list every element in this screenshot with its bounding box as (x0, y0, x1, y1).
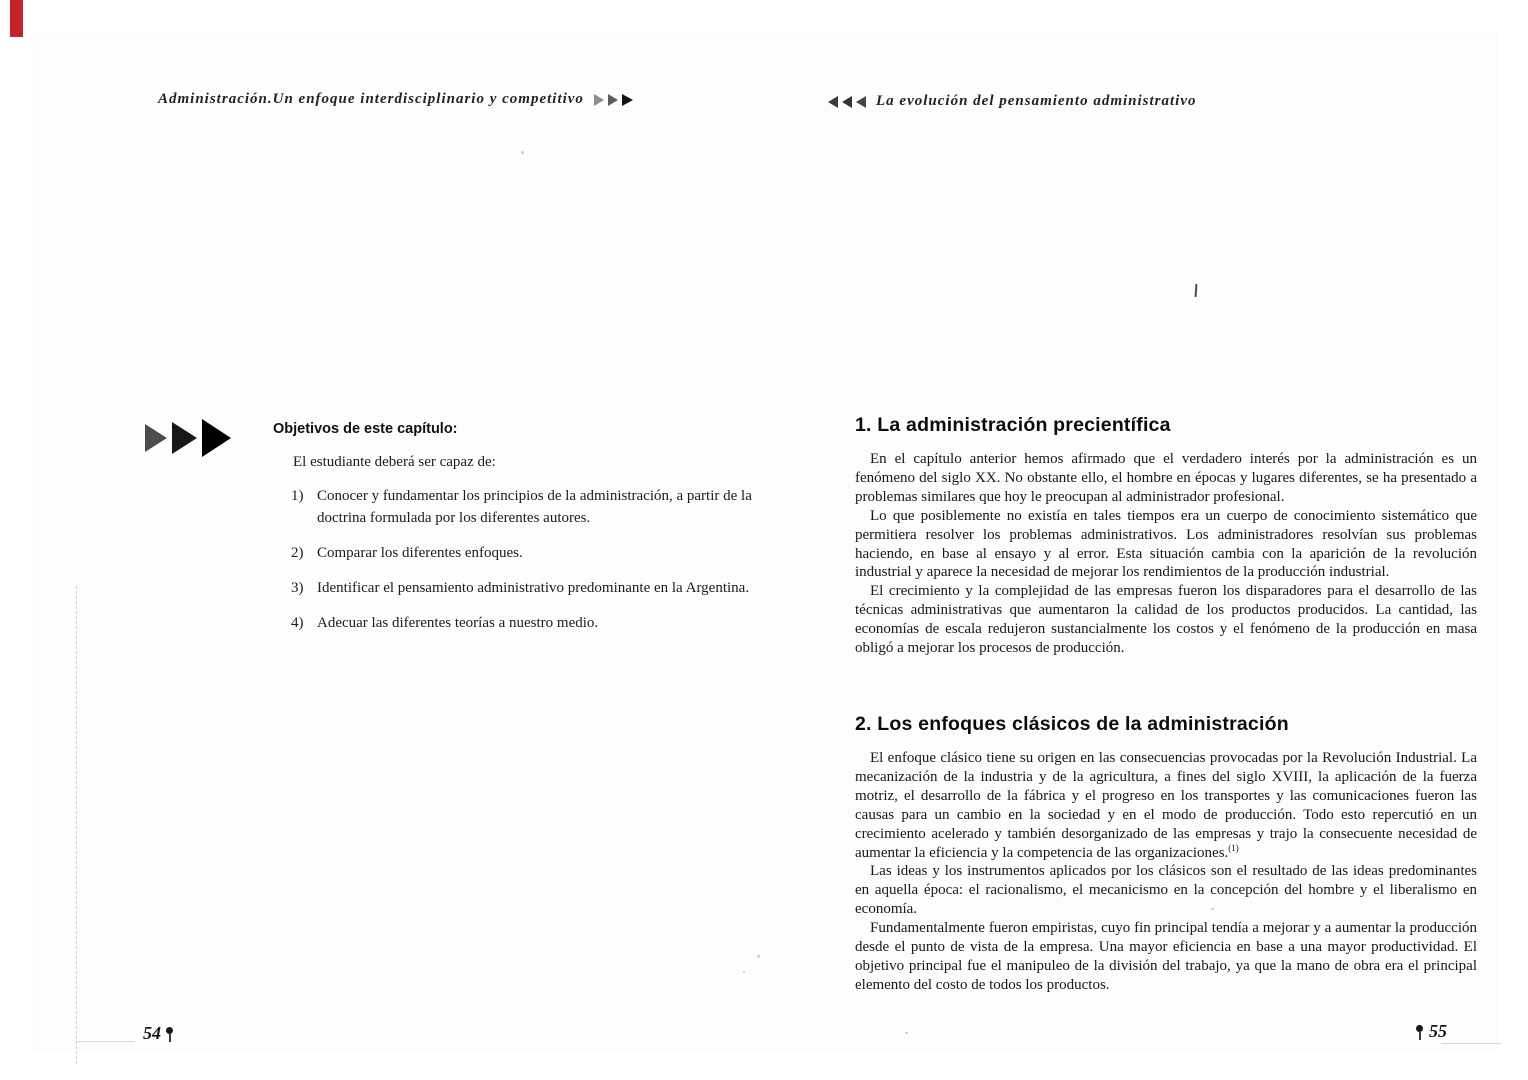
paragraph: El crecimiento y la complejidad de las e… (855, 582, 1477, 658)
scan-speck (521, 151, 524, 154)
list-item: 1) Conocer y fundamentar los principios … (291, 485, 761, 529)
forward-arrows-icon (594, 94, 633, 106)
footer-rule-right (1441, 1043, 1501, 1044)
list-item-text: Comparar los diferentes enfoques. (317, 542, 761, 564)
list-item-number: 1) (291, 485, 317, 529)
pin-bullet-icon (1416, 1025, 1424, 1041)
list-item-number: 3) (291, 577, 317, 599)
paragraph: Fundamentalmente fueron empiristas, cuyo… (855, 919, 1477, 995)
page-number-left-value: 54 (143, 1023, 161, 1044)
footer-rule-left (77, 1041, 135, 1042)
section-2-heading: 2. Los enfoques clásicos de la administr… (855, 713, 1477, 736)
pin-bullet-icon (166, 1027, 174, 1043)
scan-speck (1211, 908, 1214, 910)
back-arrows-icon (828, 96, 866, 108)
list-item: 3) Identificar el pensamiento administra… (291, 577, 761, 599)
scan-speck (743, 971, 745, 973)
section-1-heading: 1. La administración precientífica (855, 414, 1477, 437)
paragraph: Las ideas y los instrumentos aplicados p… (855, 862, 1477, 919)
section-enfoques-clasicos: 2. Los enfoques clásicos de la administr… (855, 713, 1477, 995)
paragraph: En el capítulo anterior hemos afirmado q… (855, 450, 1477, 507)
running-header-left: Administración.Un enfoque interdisciplin… (158, 91, 633, 108)
page-sheet: Administración.Un enfoque interdisciplin… (33, 33, 1496, 1048)
list-item: 2) Comparar los diferentes enfoques. (291, 542, 761, 564)
list-item-text: Identificar el pensamiento administrativ… (317, 577, 761, 599)
section-precientifica: 1. La administración precientífica En el… (855, 414, 1477, 658)
page-number-right: 55 (1416, 1021, 1447, 1042)
scan-speck (905, 1032, 908, 1034)
paragraph: Lo que posiblemente no existía en tales … (855, 507, 1477, 583)
paragraph: El enfoque clásico tiene su origen en la… (855, 749, 1477, 862)
scan-speck (757, 955, 760, 958)
binding-artifact-line (76, 586, 77, 1064)
list-item: 4) Adecuar las diferentes teorías a nues… (291, 612, 761, 634)
page-number-left: 54 (143, 1023, 174, 1044)
scanned-book-spread: Administración.Un enfoque interdisciplin… (0, 0, 1528, 1080)
paragraph-text: El enfoque clásico tiene su origen en la… (855, 750, 1477, 861)
footnote-marker: (1) (1228, 843, 1239, 853)
running-header-left-text: Administración.Un enfoque interdisciplin… (158, 91, 584, 108)
running-header-right-text: La evolución del pensamiento administrat… (876, 93, 1197, 110)
scan-tick-artifact (1195, 284, 1198, 297)
list-item-number: 2) (291, 542, 317, 564)
list-item-text: Conocer y fundamentar los principios de … (317, 485, 761, 529)
list-item-text: Adecuar las diferentes teorías a nuestro… (317, 612, 761, 634)
objectives-heading: Objetivos de este capítulo: (273, 421, 458, 437)
scan-red-mark (10, 0, 23, 37)
objectives-list: 1) Conocer y fundamentar los principios … (291, 485, 761, 647)
list-item-number: 4) (291, 612, 317, 634)
page-number-right-value: 55 (1429, 1021, 1447, 1042)
objectives-intro: El estudiante deberá ser capaz de: (293, 454, 496, 471)
running-header-right: La evolución del pensamiento administrat… (828, 93, 1197, 110)
chapter-arrows-icon (145, 419, 231, 457)
